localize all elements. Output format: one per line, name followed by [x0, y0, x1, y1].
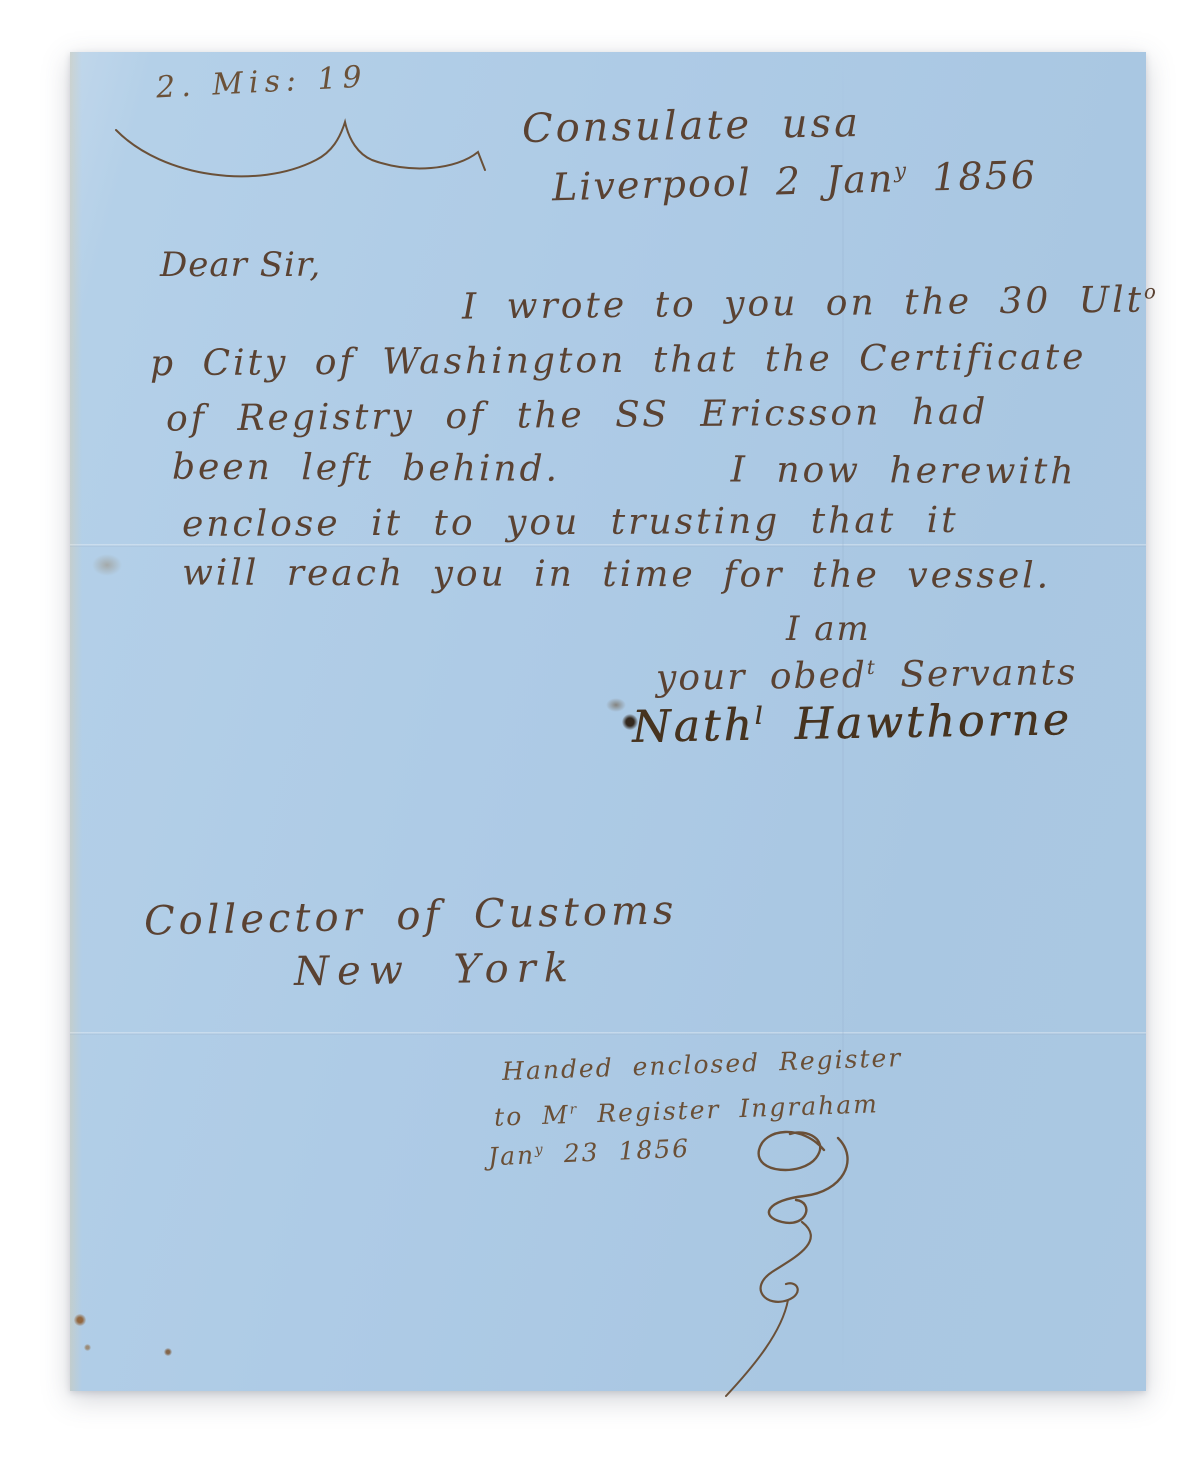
docket-line-2-tail: Register Ingraham — [578, 1089, 880, 1128]
foxing-spot — [164, 1348, 172, 1356]
docket-line-2-text: to M — [494, 1100, 571, 1132]
dateline-superscript: y — [894, 158, 908, 182]
dateline-text: Liverpool 2 Jan — [552, 156, 895, 209]
closing-respects-superscript: t — [867, 656, 877, 679]
letterhead-office: Consulate usa — [522, 103, 862, 149]
fold-crease-lower — [70, 1032, 1146, 1035]
closing-respects-tail: Servants — [877, 652, 1078, 696]
dateline-year: 1856 — [908, 153, 1038, 200]
docket-date-tail: 23 1856 — [544, 1134, 690, 1169]
letter-paper: 2. Mis: 19 Consulate usa Liverpool 2 Jan… — [70, 52, 1146, 1391]
paper-stain — [92, 554, 122, 576]
docket-date-line: Jany 23 1856 — [488, 1136, 691, 1170]
salutation: Dear Sir, — [160, 248, 321, 282]
letterhead-place-date: Liverpool 2 Jany 1856 — [552, 156, 1038, 207]
signature-surname: Hawthorne — [765, 694, 1072, 750]
signature-nathaniel-hawthorne: Nathl Hawthorne — [632, 698, 1072, 750]
recipient-title: Collector of Customs — [144, 890, 678, 941]
body-line-6: will reach you in time for the vessel. — [182, 555, 1051, 594]
docket-date-text: Jan — [487, 1140, 535, 1171]
ink-smudge — [606, 698, 626, 712]
archival-annotation: 2. Mis: 19 — [155, 62, 368, 103]
body-line-5: enclose it to you trusting that it — [182, 503, 959, 543]
closing-respects-text: your obed — [656, 655, 867, 699]
clerk-initials-flourish — [706, 1118, 876, 1408]
body-line-1-superscript: o — [1144, 280, 1159, 303]
signature-text: Nath — [632, 700, 756, 753]
closing-i-am: I am — [786, 612, 871, 646]
body-line-1: I wrote to you on the 30 Ulto — [462, 282, 1159, 325]
body-line-4: been left behind. I now herewith — [172, 450, 1077, 491]
docket-line-2: to Mr Register Ingraham — [494, 1091, 880, 1129]
closing-respects: your obedt Servants — [656, 655, 1078, 697]
docket-line-1: Handed enclosed Register — [502, 1045, 903, 1084]
foxing-spot — [84, 1344, 91, 1351]
annotation-flourish-underline — [108, 110, 498, 190]
recipient-city: New York — [294, 948, 577, 992]
paper-edge-tint — [70, 52, 82, 1391]
letter-scan: { "letter": { "annotation": "2. Mis: 19"… — [0, 0, 1200, 1459]
body-line-3: of Registry of the SS Ericsson had — [166, 394, 989, 437]
body-line-1-text: I wrote to you on the 30 Ult — [462, 280, 1144, 328]
body-line-2: p City of Washington that the Certificat… — [150, 340, 1087, 383]
signature-superscript: l — [754, 702, 765, 730]
foxing-spot — [74, 1314, 86, 1326]
